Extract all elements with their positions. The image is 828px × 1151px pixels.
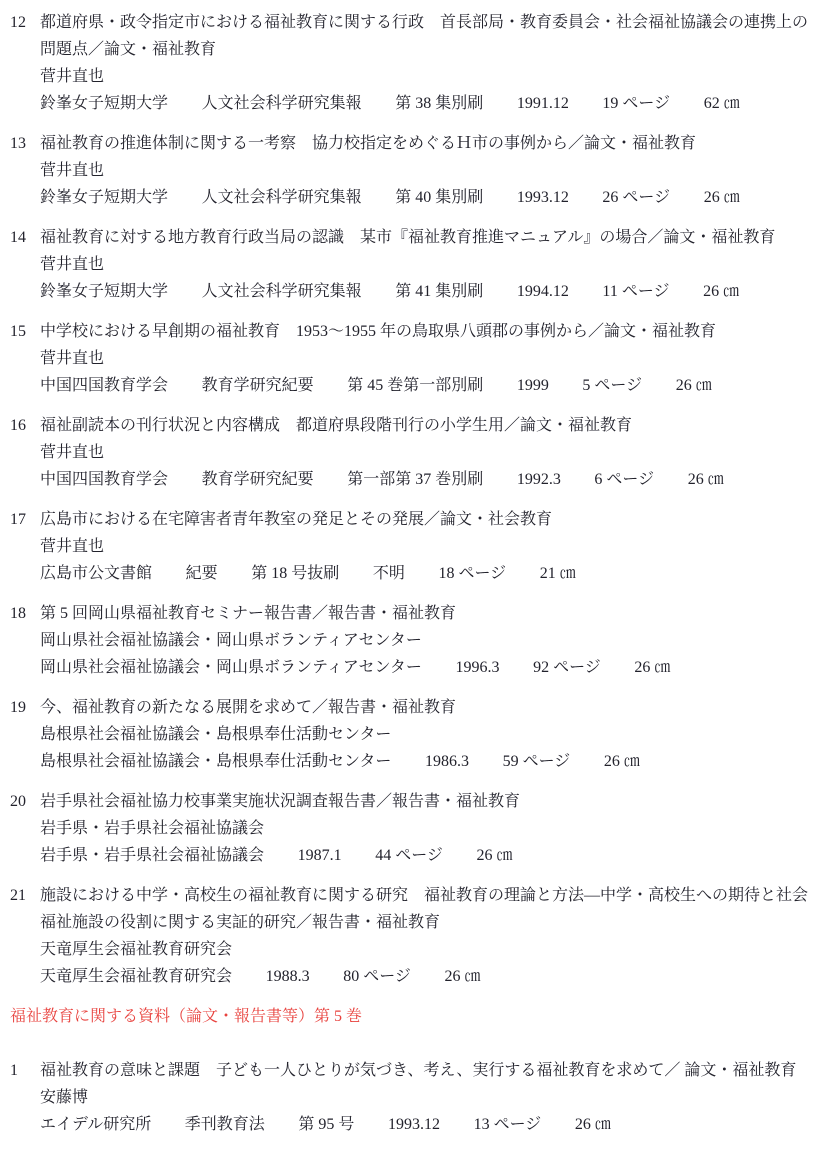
bibliography-entry: 16 福祉副読本の刊行状況と内容構成 都道府県段階刊行の小学生用／論文・福祉教育… — [10, 412, 824, 493]
publication-field: 1987.1 — [298, 847, 342, 864]
entry-title: 中学校における早創期の福祉教育 1953～1955 年の鳥取県八頭郡の事例から／… — [40, 318, 716, 345]
publication-field: 島根県社会福祉協議会・島根県奉仕活動センター — [40, 753, 391, 770]
publication-field: 80 ページ — [343, 968, 411, 985]
entry-title: 福祉教育の推進体制に関する一考察 協力校指定をめぐるＨ市の事例から／論文・福祉教… — [40, 130, 740, 157]
bibliography-page: 12 都道府県・政令指定市における福祉教育に関する行政 首長部局・教育委員会・社… — [0, 0, 828, 1138]
publication-field: 44 ページ — [375, 847, 443, 864]
publication-field: 第 40 集別刷 — [395, 189, 483, 206]
publication-field: 第 18 号抜刷 — [251, 565, 339, 582]
entry-number: 17 — [10, 506, 40, 533]
publication-field: 26 ページ — [602, 189, 670, 206]
bibliography-sections: 12 都道府県・政令指定市における福祉教育に関する行政 首長部局・教育委員会・社… — [10, 9, 824, 1138]
bibliography-entry: 13 福祉教育の推進体制に関する一考察 協力校指定をめぐるＨ市の事例から／論文・… — [10, 130, 824, 211]
publication-field: 季刊教育法 — [185, 1116, 265, 1133]
publication-field: 21 ㎝ — [540, 565, 576, 582]
entry-number: 14 — [10, 224, 40, 251]
entry-author: 島根県社会福祉協議会・島根県奉仕活動センター — [40, 721, 640, 748]
entry-number: 19 — [10, 694, 40, 721]
publication-field: 6 ページ — [594, 471, 654, 488]
publication-field: 人文社会科学研究集報 — [202, 189, 362, 206]
publication-field: 不明 — [373, 565, 405, 582]
entry-publication-line: 鈴峯女子短期大学人文社会科学研究集報第 40 集別刷1993.1226 ページ2… — [40, 184, 740, 211]
publication-field: 5 ページ — [582, 377, 642, 394]
entry-title: 施設における中学・高校生の福祉教育に関する研究 福祉教育の理論と方法―中学・高校… — [40, 882, 822, 936]
publication-field: 岡山県社会福祉協議会・岡山県ボランティアセンター — [40, 659, 422, 676]
publication-field: 11 ページ — [602, 283, 669, 300]
publication-field: 1991.12 — [517, 95, 569, 112]
entry-author: 菅井直也 — [40, 251, 775, 278]
bibliography-entry: 15 中学校における早創期の福祉教育 1953～1955 年の鳥取県八頭郡の事例… — [10, 318, 824, 399]
entry-publication-line: 岡山県社会福祉協議会・岡山県ボランティアセンター1996.392 ページ26 ㎝ — [40, 654, 670, 681]
publication-field: 教育学研究紀要 — [202, 471, 314, 488]
entry-body: 福祉教育に対する地方教育行政当局の認識 某市『福祉教育推進マニュアル』の場合／論… — [40, 224, 775, 305]
publication-field: 第 41 集別刷 — [395, 283, 483, 300]
publication-field: 人文社会科学研究集報 — [202, 95, 362, 112]
entry-body: 施設における中学・高校生の福祉教育に関する研究 福祉教育の理論と方法―中学・高校… — [40, 882, 822, 990]
entry-author: 菅井直也 — [40, 439, 724, 466]
entry-body: 福祉副読本の刊行状況と内容構成 都道府県段階刊行の小学生用／論文・福祉教育 菅井… — [40, 412, 724, 493]
entry-number: 20 — [10, 788, 40, 815]
entry-author: 岩手県・岩手県社会福祉協議会 — [40, 815, 520, 842]
entry-title: 福祉副読本の刊行状況と内容構成 都道府県段階刊行の小学生用／論文・福祉教育 — [40, 412, 724, 439]
publication-field: 天竜厚生会福祉教育研究会 — [40, 968, 232, 985]
entry-title: 今、福祉教育の新たなる展開を求めて／報告書・福祉教育 — [40, 694, 640, 721]
bibliography-entry: 17 広島市における在宅障害者青年教室の発足とその発展／論文・社会教育 菅井直也… — [10, 506, 824, 587]
entry-publication-line: エイデル研究所季刊教育法第 95 号1993.1213 ページ26 ㎝ — [40, 1111, 796, 1138]
publication-field: 第 45 巻第一部別刷 — [347, 377, 483, 394]
entry-author: 菅井直也 — [40, 345, 716, 372]
publication-field: 18 ページ — [438, 565, 506, 582]
publication-field: 岩手県・岩手県社会福祉協議会 — [40, 847, 264, 864]
bibliography-entry: 1 福祉教育の意味と課題 子ども一人ひとりが気づき、考え、実行する福祉教育を求め… — [10, 1057, 824, 1138]
entry-body: 福祉教育の意味と課題 子ども一人ひとりが気づき、考え、実行する福祉教育を求めて／… — [40, 1057, 796, 1138]
publication-field: 第一部第 37 巻別刷 — [347, 471, 483, 488]
entry-number: 21 — [10, 882, 40, 909]
bibliography-entry: 21 施設における中学・高校生の福祉教育に関する研究 福祉教育の理論と方法―中学… — [10, 882, 824, 990]
entry-number: 18 — [10, 600, 40, 627]
entry-body: 中学校における早創期の福祉教育 1953～1955 年の鳥取県八頭郡の事例から／… — [40, 318, 716, 399]
entry-author: 安藤博 — [40, 1084, 796, 1111]
series-heading: 福祉教育に関する資料（論文・報告書等）第 5 巻 — [10, 1003, 824, 1030]
publication-field: 人文社会科学研究集報 — [202, 283, 362, 300]
publication-field: 26 ㎝ — [704, 189, 740, 206]
publication-field: 19 ページ — [602, 95, 670, 112]
entry-publication-line: 岩手県・岩手県社会福祉協議会1987.144 ページ26 ㎝ — [40, 842, 520, 869]
publication-field: 中国四国教育学会 — [40, 377, 168, 394]
bibliography-entry: 19 今、福祉教育の新たなる展開を求めて／報告書・福祉教育 島根県社会福祉協議会… — [10, 694, 824, 775]
entry-title: 第 5 回岡山県福祉教育セミナー報告書／報告書・福祉教育 — [40, 600, 670, 627]
entry-publication-line: 鈴峯女子短期大学人文社会科学研究集報第 38 集別刷1991.1219 ページ6… — [40, 90, 822, 117]
entry-body: 都道府県・政令指定市における福祉教育に関する行政 首長部局・教育委員会・社会福祉… — [40, 9, 822, 117]
entry-number: 1 — [10, 1057, 40, 1084]
publication-field: 26 ㎝ — [604, 753, 640, 770]
publication-field: 62 ㎝ — [704, 95, 740, 112]
entry-number: 12 — [10, 9, 40, 36]
publication-field: 鈴峯女子短期大学 — [40, 95, 168, 112]
publication-field: 26 ㎝ — [575, 1116, 611, 1133]
publication-field: 1992.3 — [517, 471, 561, 488]
publication-field: 第 95 号 — [298, 1116, 354, 1133]
entry-publication-line: 島根県社会福祉協議会・島根県奉仕活動センター1986.359 ページ26 ㎝ — [40, 748, 640, 775]
entry-publication-line: 鈴峯女子短期大学人文社会科学研究集報第 41 集別刷1994.1211 ページ2… — [40, 278, 775, 305]
bibliography-entry: 18 第 5 回岡山県福祉教育セミナー報告書／報告書・福祉教育 岡山県社会福祉協… — [10, 600, 824, 681]
entry-body: 第 5 回岡山県福祉教育セミナー報告書／報告書・福祉教育 岡山県社会福祉協議会・… — [40, 600, 670, 681]
publication-field: 59 ページ — [503, 753, 571, 770]
entry-author: 天竜厚生会福祉教育研究会 — [40, 936, 822, 963]
publication-field: 紀要 — [186, 565, 218, 582]
publication-field: 第 38 集別刷 — [395, 95, 483, 112]
entry-body: 今、福祉教育の新たなる展開を求めて／報告書・福祉教育 島根県社会福祉協議会・島根… — [40, 694, 640, 775]
publication-field: 13 ページ — [474, 1116, 542, 1133]
publication-field: 92 ページ — [533, 659, 601, 676]
publication-field: 26 ㎝ — [676, 377, 712, 394]
entry-title: 都道府県・政令指定市における福祉教育に関する行政 首長部局・教育委員会・社会福祉… — [40, 9, 822, 63]
entry-body: 岩手県社会福祉協力校事業実施状況調査報告書／報告書・福祉教育 岩手県・岩手県社会… — [40, 788, 520, 869]
entry-author: 菅井直也 — [40, 157, 740, 184]
entry-author: 菅井直也 — [40, 63, 822, 90]
publication-field: 1993.12 — [388, 1116, 440, 1133]
entry-body: 福祉教育の推進体制に関する一考察 協力校指定をめぐるＨ市の事例から／論文・福祉教… — [40, 130, 740, 211]
publication-field: 教育学研究紀要 — [202, 377, 314, 394]
publication-field: 26 ㎝ — [476, 847, 512, 864]
publication-field: 鈴峯女子短期大学 — [40, 189, 168, 206]
publication-field: 26 ㎝ — [634, 659, 670, 676]
entry-body: 広島市における在宅障害者青年教室の発足とその発展／論文・社会教育 菅井直也 広島… — [40, 506, 576, 587]
publication-field: 26 ㎝ — [444, 968, 480, 985]
entry-number: 15 — [10, 318, 40, 345]
entry-number: 16 — [10, 412, 40, 439]
publication-field: 中国四国教育学会 — [40, 471, 168, 488]
publication-field: 26 ㎝ — [703, 283, 739, 300]
entry-publication-line: 広島市公文書館紀要第 18 号抜刷不明18 ページ21 ㎝ — [40, 560, 576, 587]
publication-field: 鈴峯女子短期大学 — [40, 283, 168, 300]
bibliography-entry: 20 岩手県社会福祉協力校事業実施状況調査報告書／報告書・福祉教育 岩手県・岩手… — [10, 788, 824, 869]
publication-field: 1994.12 — [517, 283, 569, 300]
entry-publication-line: 天竜厚生会福祉教育研究会1988.380 ページ26 ㎝ — [40, 963, 822, 990]
publication-field: 1988.3 — [266, 968, 310, 985]
entry-number: 13 — [10, 130, 40, 157]
publication-field: 広島市公文書館 — [40, 565, 152, 582]
publication-field: 1996.3 — [456, 659, 500, 676]
entry-title: 岩手県社会福祉協力校事業実施状況調査報告書／報告書・福祉教育 — [40, 788, 520, 815]
bibliography-entry: 14 福祉教育に対する地方教育行政当局の認識 某市『福祉教育推進マニュアル』の場… — [10, 224, 824, 305]
entry-title: 福祉教育に対する地方教育行政当局の認識 某市『福祉教育推進マニュアル』の場合／論… — [40, 224, 775, 251]
entry-title: 福祉教育の意味と課題 子ども一人ひとりが気づき、考え、実行する福祉教育を求めて／… — [40, 1057, 796, 1084]
publication-field: エイデル研究所 — [40, 1116, 151, 1133]
publication-field: 1993.12 — [517, 189, 569, 206]
publication-field: 26 ㎝ — [688, 471, 724, 488]
publication-field: 1999 — [517, 377, 549, 394]
entry-author: 菅井直也 — [40, 533, 576, 560]
entry-title: 広島市における在宅障害者青年教室の発足とその発展／論文・社会教育 — [40, 506, 576, 533]
entry-publication-line: 中国四国教育学会教育学研究紀要第一部第 37 巻別刷1992.36 ページ26 … — [40, 466, 724, 493]
entry-publication-line: 中国四国教育学会教育学研究紀要第 45 巻第一部別刷19995 ページ26 ㎝ — [40, 372, 716, 399]
entry-author: 岡山県社会福祉協議会・岡山県ボランティアセンター — [40, 627, 670, 654]
publication-field: 1986.3 — [425, 753, 469, 770]
bibliography-entry: 12 都道府県・政令指定市における福祉教育に関する行政 首長部局・教育委員会・社… — [10, 9, 824, 117]
